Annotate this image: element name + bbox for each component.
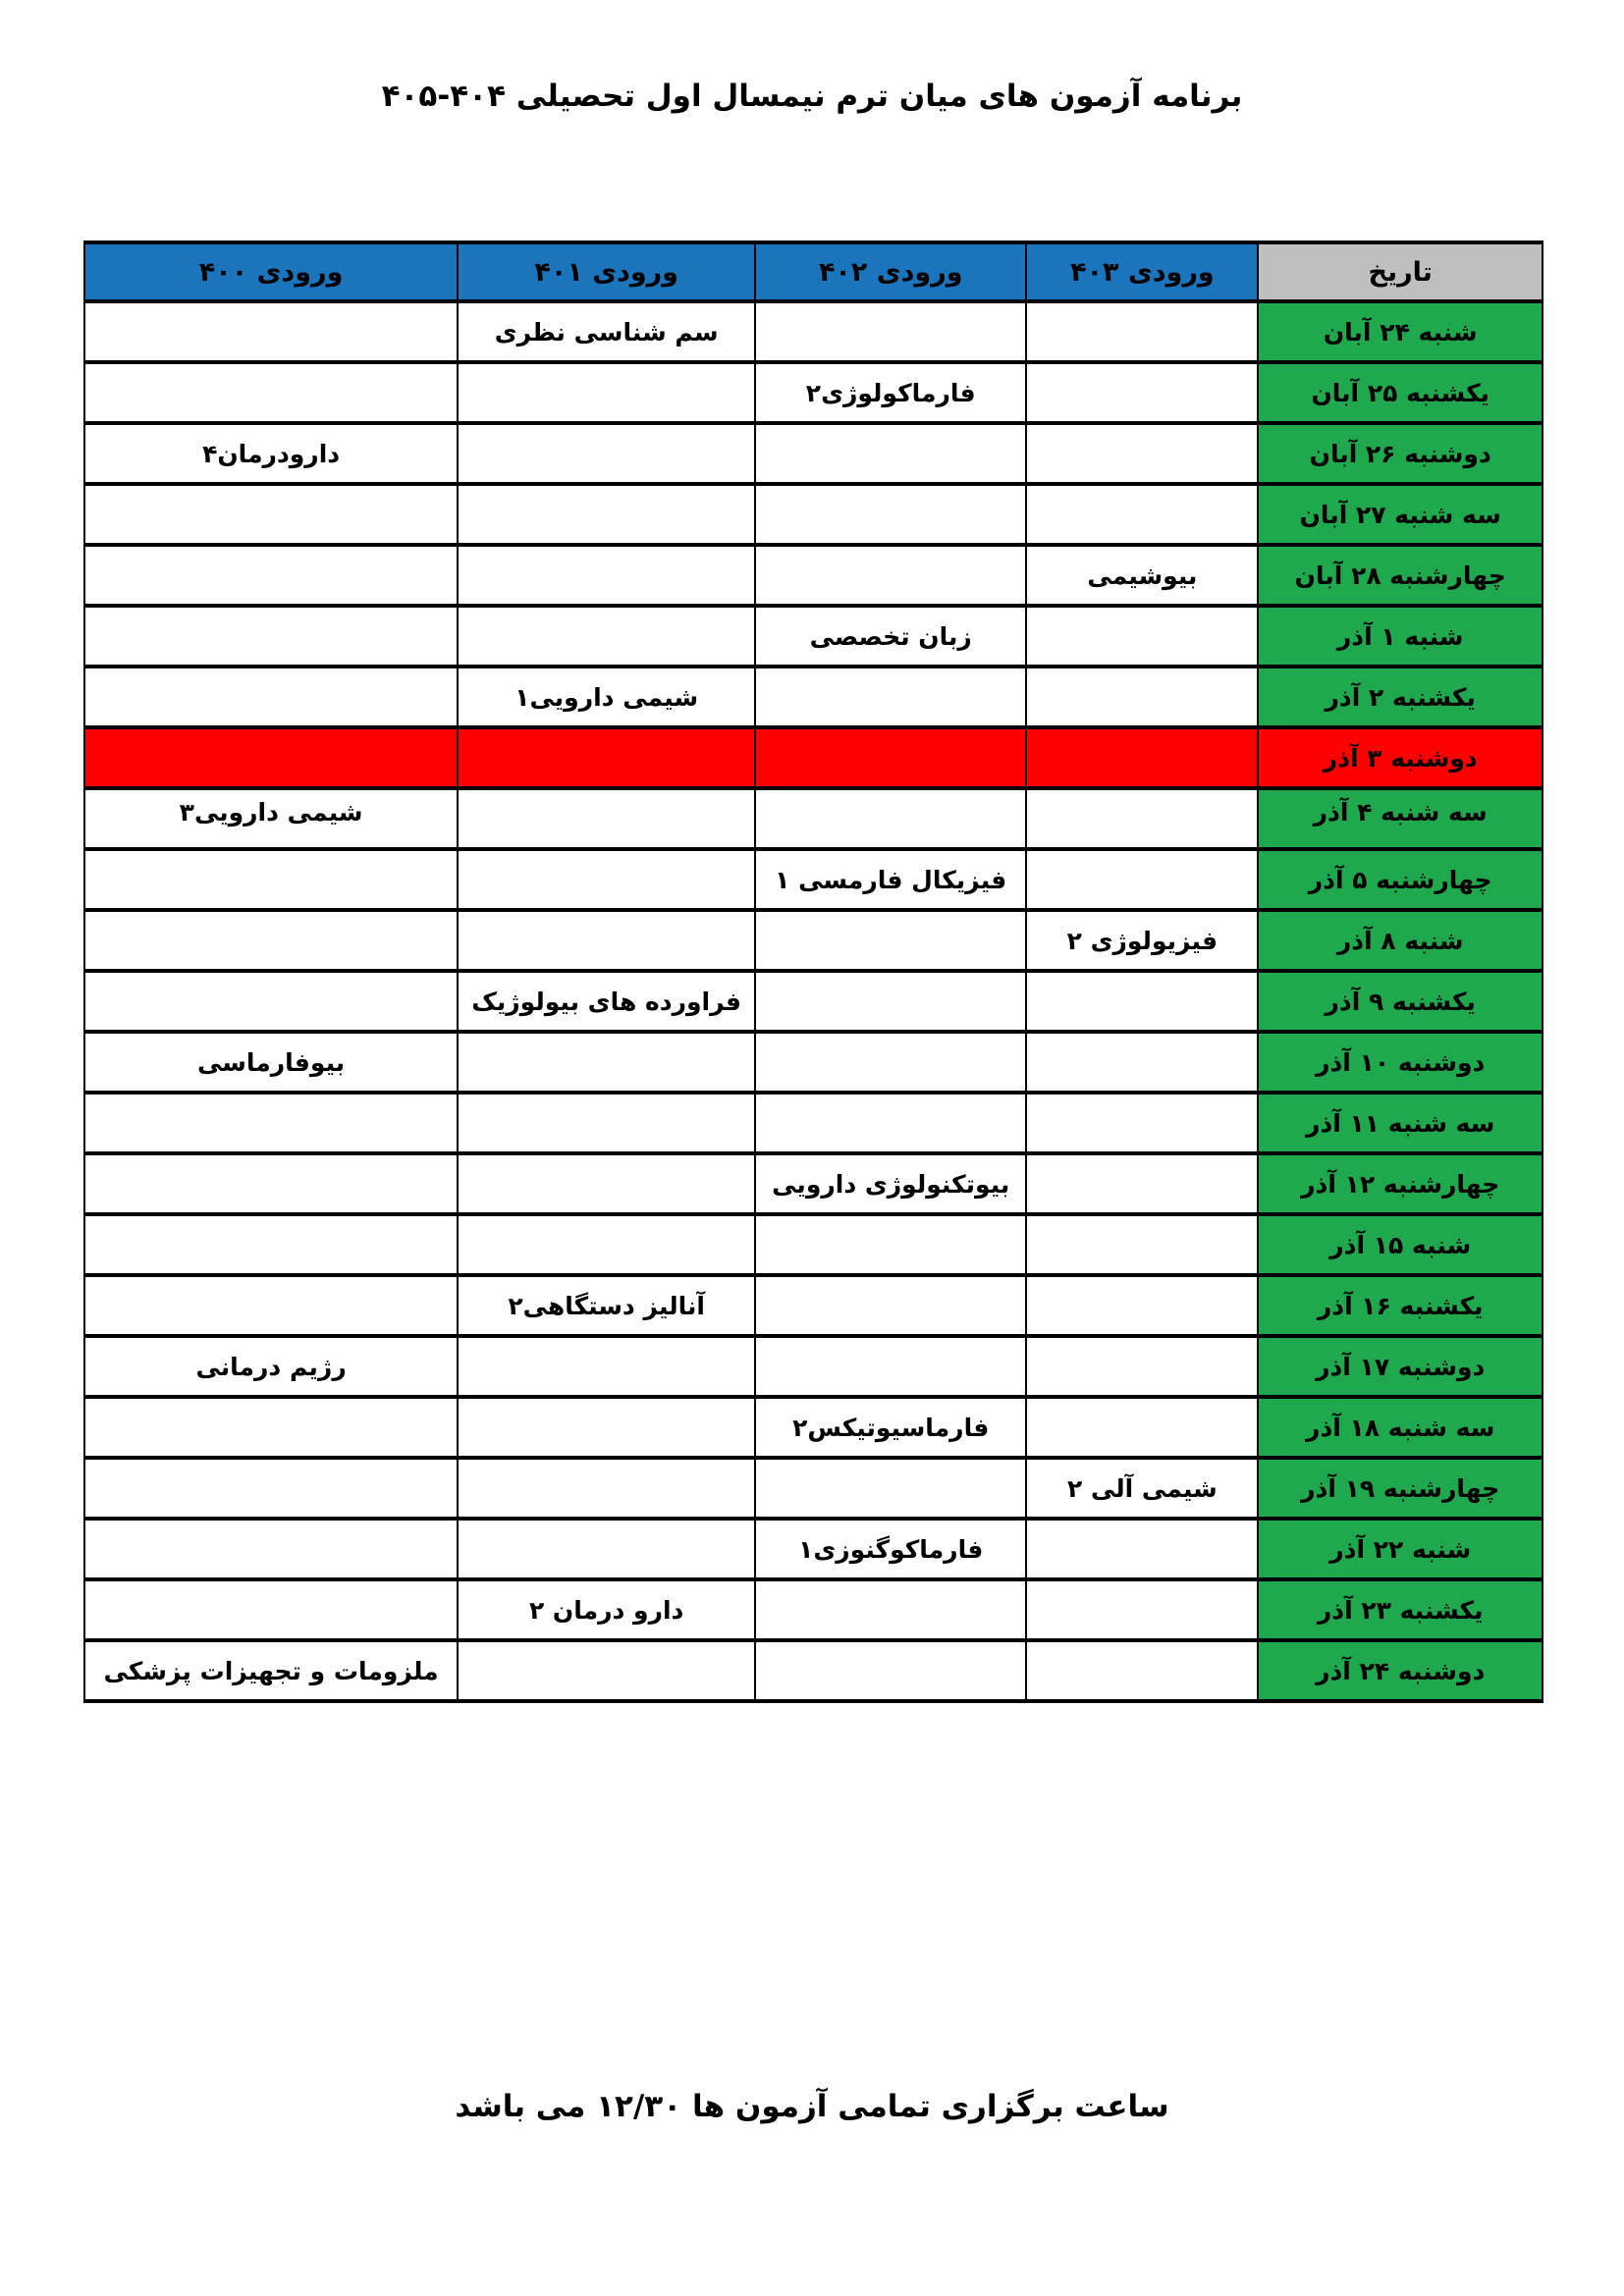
date-cell: سه شنبه ۱۱ آذر [1258, 1093, 1543, 1153]
exam-cell-cohort-402 [755, 910, 1026, 971]
exam-cell-cohort-402 [755, 1032, 1026, 1093]
date-cell: یکشنبه ۹ آذر [1258, 971, 1543, 1032]
date-cell: یکشنبه ۲۳ آذر [1258, 1579, 1543, 1640]
exam-cell-cohort-401 [458, 484, 755, 545]
exam-cell-cohort-403 [1026, 849, 1258, 910]
date-cell: دوشنبه ۲۶ آبان [1258, 423, 1543, 484]
schedule-row: سه شنبه ۱۱ آذر [84, 1093, 1543, 1153]
exam-cell-cohort-403 [1026, 1153, 1258, 1214]
exam-cell-cohort-401 [458, 849, 755, 910]
exam-cell-cohort-401 [458, 1153, 755, 1214]
exam-cell-cohort-402 [755, 971, 1026, 1032]
exam-cell-cohort-403 [1026, 971, 1258, 1032]
schedule-row: چهارشنبه ۱۹ آذر شیمی آلی ۲ [84, 1458, 1543, 1519]
header-cohort-401: ورودی ۴۰۱ [458, 242, 755, 301]
exam-cell-cohort-402: بیوتکنولوژی دارویی [755, 1153, 1026, 1214]
exam-cell-cohort-403 [1026, 301, 1258, 362]
date-cell: چهارشنبه ۱۹ آذر [1258, 1458, 1543, 1519]
date-cell: شنبه ۲۲ آذر [1258, 1519, 1543, 1579]
exam-cell-cohort-402 [755, 1458, 1026, 1519]
date-cell: دوشنبه ۱۰ آذر [1258, 1032, 1543, 1093]
header-cohort-403: ورودی ۴۰۳ [1026, 242, 1258, 301]
schedule-page: برنامه آزمون های میان ترم نیمسال اول تحص… [0, 0, 1624, 2296]
schedule-row: شنبه ۱۵ آذر [84, 1214, 1543, 1275]
exam-cell-cohort-403 [1026, 1336, 1258, 1397]
exam-cell-cohort-402 [755, 1579, 1026, 1640]
exam-cell-cohort-400 [84, 362, 458, 423]
header-cohort-402: ورودی ۴۰۲ [755, 242, 1026, 301]
exam-cell-cohort-402 [755, 1093, 1026, 1153]
exam-cell-cohort-403 [1026, 606, 1258, 667]
exam-cell-cohort-403 [1026, 1519, 1258, 1579]
exam-cell-cohort-402 [755, 423, 1026, 484]
exam-cell-cohort-401 [458, 423, 755, 484]
exam-cell-cohort-401 [458, 727, 755, 788]
exam-cell-cohort-400 [84, 1093, 458, 1153]
exam-cell-cohort-403: بیوشیمی [1026, 545, 1258, 606]
exam-cell-cohort-402 [755, 727, 1026, 788]
exam-cell-cohort-400 [84, 1275, 458, 1336]
exam-cell-cohort-402 [755, 667, 1026, 727]
exam-cell-cohort-402: فارماکوگنوزی۱ [755, 1519, 1026, 1579]
exam-cell-cohort-401 [458, 1214, 755, 1275]
exam-cell-cohort-401: دارو درمان ۲ [458, 1579, 755, 1640]
schedule-row: شنبه ۲۲ آذر فارماکوگنوزی۱ [84, 1519, 1543, 1579]
exam-cell-cohort-403: فیزیولوژی ۲ [1026, 910, 1258, 971]
exam-cell-cohort-402 [755, 484, 1026, 545]
date-cell: شنبه ۲۴ آبان [1258, 301, 1543, 362]
exam-cell-cohort-400 [84, 1579, 458, 1640]
exam-cell-cohort-401: سم شناسی نظری [458, 301, 755, 362]
schedule-row: یکشنبه ۹ آذر فراورده های بیولوژیک [84, 971, 1543, 1032]
exam-cell-cohort-402: فارماسیوتیکس۲ [755, 1397, 1026, 1458]
exam-table-body: شنبه ۲۴ آبان سم شناسی نظری یکشنبه ۲۵ آبا… [84, 301, 1543, 1701]
date-cell: سه شنبه ۴ آذر [1258, 788, 1543, 849]
exam-cell-cohort-402 [755, 1214, 1026, 1275]
exam-cell-cohort-402 [755, 545, 1026, 606]
exam-cell-cohort-401 [458, 1032, 755, 1093]
exam-cell-cohort-400 [84, 484, 458, 545]
schedule-row: چهارشنبه ۵ آذر فیزیکال فارمسی ۱ [84, 849, 1543, 910]
schedule-row: یکشنبه ۲۳ آذر دارو درمان ۲ [84, 1579, 1543, 1640]
exam-cell-cohort-400 [84, 849, 458, 910]
schedule-row: یکشنبه ۱۶ آذر آنالیز دستگاهی۲ [84, 1275, 1543, 1336]
page-title: برنامه آزمون های میان ترم نیمسال اول تحص… [0, 79, 1624, 114]
exam-cell-cohort-402 [755, 1336, 1026, 1397]
footer-note: ساعت برگزاری تمامی آزمون ها ۱۲/۳۰ می باش… [0, 2089, 1624, 2124]
exam-cell-cohort-401 [458, 1397, 755, 1458]
exam-cell-cohort-400 [84, 910, 458, 971]
exam-cell-cohort-400: دارودرمان۴ [84, 423, 458, 484]
exam-cell-cohort-400: ملزومات و تجهیزات پزشکی [84, 1640, 458, 1701]
date-cell: چهارشنبه ۵ آذر [1258, 849, 1543, 910]
schedule-row: یکشنبه ۲ آذر شیمی دارویی۱ [84, 667, 1543, 727]
schedule-row: سه شنبه ۲۷ آبان [84, 484, 1543, 545]
exam-cell-cohort-401 [458, 1336, 755, 1397]
date-cell: شنبه ۸ آذر [1258, 910, 1543, 971]
date-cell: چهارشنبه ۲۸ آبان [1258, 545, 1543, 606]
exam-cell-cohort-401 [458, 362, 755, 423]
date-cell: دوشنبه ۳ آذر [1258, 727, 1543, 788]
exam-cell-cohort-401: فراورده های بیولوژیک [458, 971, 755, 1032]
exam-cell-cohort-403 [1026, 1093, 1258, 1153]
exam-cell-cohort-402 [755, 788, 1026, 849]
exam-cell-cohort-403: شیمی آلی ۲ [1026, 1458, 1258, 1519]
exam-cell-cohort-401 [458, 545, 755, 606]
exam-cell-cohort-403 [1026, 1640, 1258, 1701]
exam-cell-cohort-401: شیمی دارویی۱ [458, 667, 755, 727]
schedule-row: دوشنبه ۱۷ آذر رژیم درمانی [84, 1336, 1543, 1397]
header-cohort-400: ورودی ۴۰۰ [84, 242, 458, 301]
exam-cell-cohort-400 [84, 1397, 458, 1458]
schedule-row: دوشنبه ۲۴ آذر ملزومات و تجهیزات پزشکی [84, 1640, 1543, 1701]
header-date: تاریخ [1258, 242, 1543, 301]
schedule-row: چهارشنبه ۲۸ آبان بیوشیمی [84, 545, 1543, 606]
exam-cell-cohort-403 [1026, 727, 1258, 788]
exam-cell-cohort-402: زبان تخصصی [755, 606, 1026, 667]
exam-cell-cohort-401: آنالیز دستگاهی۲ [458, 1275, 755, 1336]
exam-cell-cohort-400 [84, 1214, 458, 1275]
exam-cell-cohort-401 [458, 1458, 755, 1519]
exam-cell-cohort-403 [1026, 484, 1258, 545]
exam-cell-cohort-400 [84, 1153, 458, 1214]
date-cell: یکشنبه ۱۶ آذر [1258, 1275, 1543, 1336]
exam-cell-cohort-403 [1026, 362, 1258, 423]
date-cell: چهارشنبه ۱۲ آذر [1258, 1153, 1543, 1214]
schedule-row: شنبه ۱ آذر زبان تخصصی [84, 606, 1543, 667]
exam-cell-cohort-403 [1026, 1275, 1258, 1336]
exam-cell-cohort-400: شیمی دارویی۳ [84, 788, 458, 849]
schedule-row: سه شنبه ۱۸ آذر فارماسیوتیکس۲ [84, 1397, 1543, 1458]
date-cell: شنبه ۱ آذر [1258, 606, 1543, 667]
exam-cell-cohort-402: فارماکولوژی۲ [755, 362, 1026, 423]
exam-cell-cohort-400 [84, 971, 458, 1032]
exam-cell-cohort-402 [755, 1640, 1026, 1701]
exam-cell-cohort-400 [84, 727, 458, 788]
exam-cell-cohort-402 [755, 301, 1026, 362]
exam-cell-cohort-401 [458, 1640, 755, 1701]
exam-cell-cohort-402 [755, 1275, 1026, 1336]
exam-cell-cohort-403 [1026, 423, 1258, 484]
exam-schedule-table: تاریخ ورودی ۴۰۳ ورودی ۴۰۲ ورودی ۴۰۱ ورود… [83, 240, 1543, 1703]
schedule-row: دوشنبه ۳ آذر [84, 727, 1543, 788]
schedule-row: شنبه ۸ آذر فیزیولوژی ۲ [84, 910, 1543, 971]
exam-cell-cohort-400 [84, 301, 458, 362]
exam-cell-cohort-400 [84, 1519, 458, 1579]
exam-cell-cohort-400 [84, 606, 458, 667]
schedule-row: یکشنبه ۲۵ آبان فارماکولوژی۲ [84, 362, 1543, 423]
date-cell: سه شنبه ۲۷ آبان [1258, 484, 1543, 545]
date-cell: یکشنبه ۲۵ آبان [1258, 362, 1543, 423]
schedule-row: چهارشنبه ۱۲ آذر بیوتکنولوژی دارویی [84, 1153, 1543, 1214]
exam-cell-cohort-401 [458, 1519, 755, 1579]
table-header-row: تاریخ ورودی ۴۰۳ ورودی ۴۰۲ ورودی ۴۰۱ ورود… [84, 242, 1543, 301]
date-cell: شنبه ۱۵ آذر [1258, 1214, 1543, 1275]
exam-cell-cohort-403 [1026, 1032, 1258, 1093]
schedule-row: دوشنبه ۲۶ آبان دارودرمان۴ [84, 423, 1543, 484]
schedule-row: سه شنبه ۴ آذر شیمی دارویی۳ [84, 788, 1543, 849]
exam-cell-cohort-400 [84, 545, 458, 606]
exam-cell-cohort-402: فیزیکال فارمسی ۱ [755, 849, 1026, 910]
exam-cell-cohort-400: بیوفارماسی [84, 1032, 458, 1093]
exam-cell-cohort-400 [84, 1458, 458, 1519]
exam-cell-cohort-401 [458, 788, 755, 849]
schedule-row: شنبه ۲۴ آبان سم شناسی نظری [84, 301, 1543, 362]
exam-cell-cohort-403 [1026, 667, 1258, 727]
exam-cell-cohort-403 [1026, 1397, 1258, 1458]
exam-cell-cohort-400: رژیم درمانی [84, 1336, 458, 1397]
date-cell: دوشنبه ۱۷ آذر [1258, 1336, 1543, 1397]
schedule-row: دوشنبه ۱۰ آذر بیوفارماسی [84, 1032, 1543, 1093]
exam-cell-cohort-403 [1026, 1579, 1258, 1640]
date-cell: یکشنبه ۲ آذر [1258, 667, 1543, 727]
exam-cell-cohort-401 [458, 606, 755, 667]
exam-cell-cohort-403 [1026, 788, 1258, 849]
date-cell: سه شنبه ۱۸ آذر [1258, 1397, 1543, 1458]
exam-cell-cohort-400 [84, 667, 458, 727]
date-cell: دوشنبه ۲۴ آذر [1258, 1640, 1543, 1701]
exam-cell-cohort-401 [458, 1093, 755, 1153]
exam-cell-cohort-403 [1026, 1214, 1258, 1275]
exam-cell-cohort-401 [458, 910, 755, 971]
